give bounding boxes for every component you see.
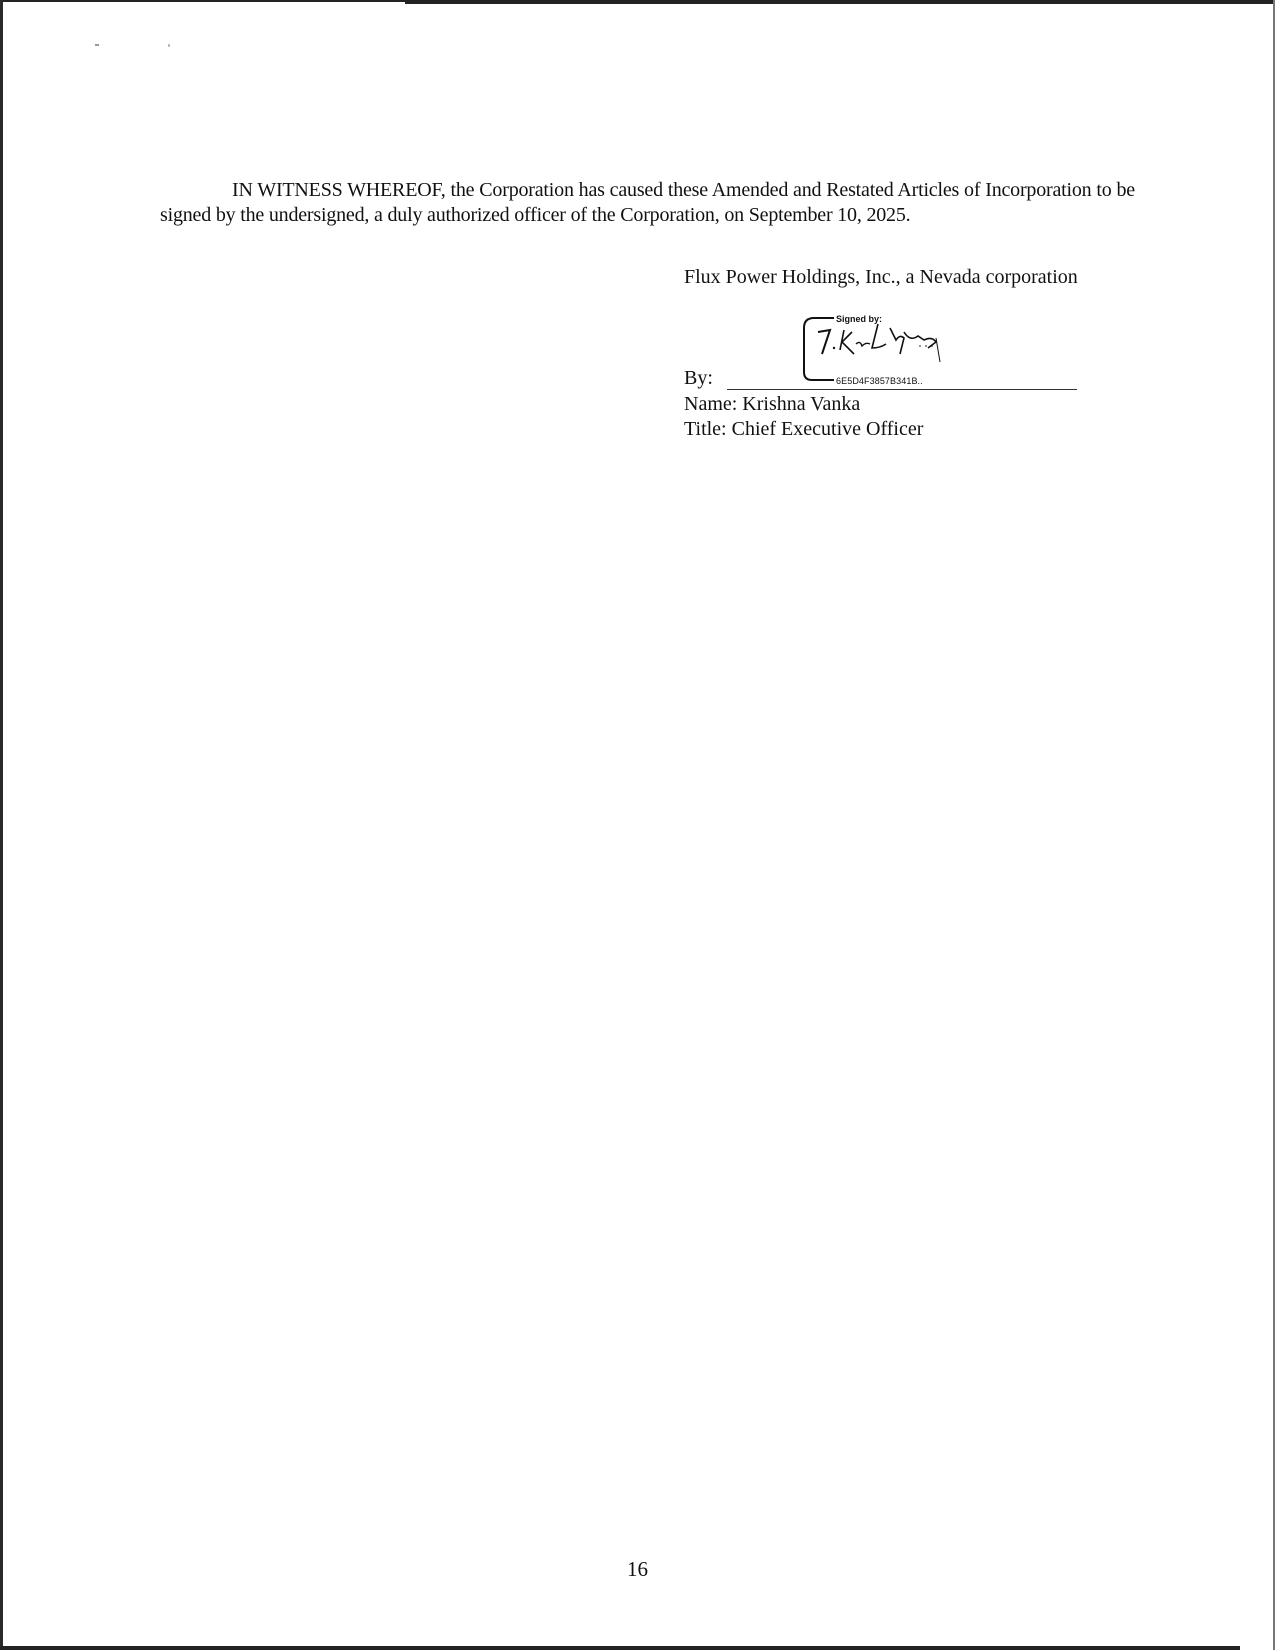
document-page: IN WITNESS WHEREOF, the Corporation has … [0,0,1275,1650]
signer-name: Name: Krishna Vanka [684,392,860,417]
signed-by-label: Signed by: [836,314,882,324]
scan-border-bottom [0,1646,1240,1650]
docusign-signature-block: Signed by: 6E5D4F3857B341B.. [800,314,975,384]
witness-text: IN WITNESS WHEREOF, the Corporation has … [160,179,1135,226]
envelope-id: 6E5D4F3857B341B.. [836,376,923,386]
witness-paragraph: IN WITNESS WHEREOF, the Corporation has … [160,178,1135,228]
signature-line [727,389,1077,390]
scan-speck [95,44,99,46]
scan-border-top-thick [405,0,1275,4]
page-number: 16 [0,1557,1275,1582]
company-line: Flux Power Holdings, Inc., a Nevada corp… [684,265,1078,290]
scan-speck [168,44,170,47]
by-label: By: [684,366,713,391]
signer-title: Title: Chief Executive Officer [684,417,923,442]
scan-border-left [0,0,3,1650]
